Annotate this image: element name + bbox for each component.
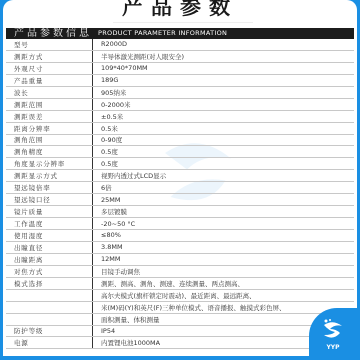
spec-value: 109*40*70MM (93, 64, 148, 72)
spec-key: 测距误差 (6, 111, 93, 122)
spec-key (6, 302, 93, 313)
spec-row: 面积测量、体积测量 (6, 314, 354, 326)
spec-value: 半导体激光测距(对人眼安全) (93, 52, 184, 61)
spec-key (6, 290, 93, 301)
spec-table: 型号R2000D测距方式半导体激光测距(对人眼安全)外观尺寸109*40*70M… (6, 39, 354, 349)
spec-value: ±0.5米 (93, 112, 123, 121)
spec-key (6, 314, 93, 325)
spec-key: 出瞳直径 (6, 242, 93, 253)
spec-key: 工作温度 (6, 218, 93, 229)
spec-row: 测距显示方式视野内透过式LCD显示 (6, 170, 354, 182)
spec-row: 型号R2000D (6, 39, 354, 51)
brand-wave-icon (320, 317, 346, 343)
spec-key: 波长 (6, 87, 93, 98)
spec-key: 测角精度 (6, 146, 93, 157)
spec-row: 测距范围0-2000米 (6, 99, 354, 111)
spec-key: 使用湿度 (6, 230, 93, 241)
spec-key: 防护等级 (6, 326, 93, 337)
spec-row: 距离分辨率0.5米 (6, 123, 354, 135)
spec-key: 测距范围 (6, 99, 93, 110)
spec-row: 波长905纳米 (6, 87, 354, 99)
spec-row: 产品重量189G (6, 75, 354, 87)
section-header-en: PRODUCT PARAMETER INFORMATION (98, 28, 227, 39)
spec-card: 产品参数 产品参数信息 PRODUCT PARAMETER INFORMATIO… (3, 0, 357, 360)
brand-name: YYP (326, 344, 339, 351)
spec-row: 镜片质量多层镀膜 (6, 206, 354, 218)
spec-row: 出瞳距离12MM (6, 254, 354, 266)
spec-value: ≤80% (93, 231, 121, 239)
spec-value: 0.5米 (93, 124, 118, 133)
spec-value: -20~50 °C (93, 220, 135, 228)
spec-key: 对焦方式 (6, 266, 93, 277)
spec-key: 测距显示方式 (6, 170, 93, 181)
spec-row: 电源内置锂电池1000MA (6, 337, 354, 349)
section-header: 产品参数信息 PRODUCT PARAMETER INFORMATION (6, 28, 354, 39)
spec-row: 米(M)码(Y)和英尺(F)三种单位模式、语音播报、触摸式彩色屏、 (6, 302, 354, 314)
brand-logo: YYP (309, 308, 357, 360)
spec-value: 目镜手动调焦 (93, 267, 140, 276)
spec-row: 高尔夫模式(旗杆锁定时震动)、最近距离、最远距离、 (6, 290, 354, 302)
spec-row: 测距方式半导体激光测距(对人眼安全) (6, 51, 354, 63)
spec-row: 测角精度0.5度 (6, 146, 354, 158)
spec-key: 距离分辨率 (6, 123, 93, 134)
title-divider (113, 22, 253, 23)
spec-key: 镜片质量 (6, 206, 93, 217)
spec-value: 3.8MM (93, 243, 123, 251)
spec-row: 望远镜倍率6倍 (6, 182, 354, 194)
spec-key: 望远镜倍率 (6, 182, 93, 193)
bottom-border (0, 356, 360, 360)
spec-row: 外观尺寸109*40*70MM (6, 63, 354, 75)
page-title: 产品参数 (3, 0, 357, 19)
spec-row: 防护等级IP54 (6, 326, 354, 338)
spec-key: 产品重量 (6, 75, 93, 86)
spec-value: IP54 (93, 327, 115, 335)
spec-key: 电源 (6, 337, 93, 348)
spec-value: 12MM (93, 255, 121, 263)
spec-key: 角度显示分辨率 (6, 158, 93, 169)
spec-value: 905纳米 (93, 88, 126, 97)
spec-value: 高尔夫模式(旗杆锁定时震动)、最近距离、最远距离、 (93, 291, 256, 300)
spec-value: 0-2000米 (93, 100, 131, 109)
spec-value: 189G (93, 76, 118, 84)
spec-row: 出瞳直径3.8MM (6, 242, 354, 254)
spec-row: 使用湿度≤80% (6, 230, 354, 242)
spec-key: 出瞳距离 (6, 254, 93, 265)
spec-row: 测距误差±0.5米 (6, 111, 354, 123)
spec-row: 测角范围0-90度 (6, 135, 354, 147)
spec-value: 面积测量、体积测量 (93, 315, 160, 324)
spec-key: 望远镜口径 (6, 194, 93, 205)
spec-value: 多层镀膜 (93, 207, 127, 216)
spec-key: 测距方式 (6, 51, 93, 62)
spec-value: 0-90度 (93, 135, 122, 144)
spec-key: 外观尺寸 (6, 63, 93, 74)
spec-row: 模式选择测距、测高、测角、测速、连续测量、两点测高、 (6, 278, 354, 290)
spec-value: 测距、测高、测角、测速、连续测量、两点测高、 (93, 279, 244, 288)
spec-value: 6倍 (93, 183, 112, 192)
spec-value: 视野内透过式LCD显示 (93, 171, 166, 180)
section-header-zh: 产品参数信息 (14, 28, 92, 39)
spec-key: 测角范围 (6, 135, 93, 146)
spec-row: 望远镜口径25MM (6, 194, 354, 206)
spec-value: 0.5度 (93, 159, 118, 168)
spec-value: R2000D (93, 40, 127, 48)
spec-value: 0.5度 (93, 147, 118, 156)
spec-row: 角度显示分辨率0.5度 (6, 158, 354, 170)
spec-value: 内置锂电池1000MA (93, 338, 160, 347)
spec-value: 25MM (93, 196, 121, 204)
spec-row: 工作温度-20~50 °C (6, 218, 354, 230)
spec-key: 模式选择 (6, 278, 93, 289)
spec-key: 型号 (6, 39, 93, 50)
spec-value: 米(M)码(Y)和英尺(F)三种单位模式、语音播报、触摸式彩色屏、 (93, 303, 286, 312)
spec-row: 对焦方式目镜手动调焦 (6, 266, 354, 278)
